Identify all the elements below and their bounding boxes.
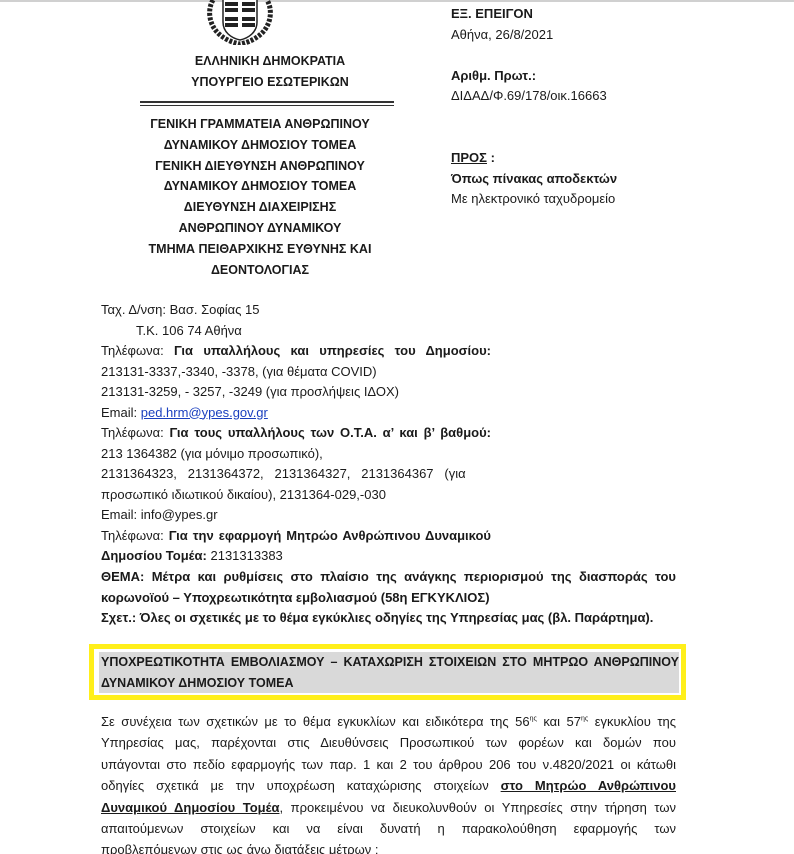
body-text: Σε συνέχεια των σχετικών με το θέμα εγκυ…: [101, 714, 530, 729]
phone-line: 213131-3259, - 3257, -3249 (για προσλήψε…: [101, 382, 491, 403]
section-heading-line: ΔΥΝΑΜΙΚΟΥ ΔΗΜΟΣΙΟΥ ΤΟΜΕΑ: [101, 673, 679, 694]
phones-label: Τηλέφωνα:: [101, 343, 174, 358]
phone-number: 2131313383: [207, 548, 283, 563]
department-line: ΔΙΕΥΘΥΝΣΗ ΔΙΑΧΕΙΡΙΣΗΣ: [120, 197, 400, 218]
body-line: υπάγονται στο πεδίο εφαρμογής των παρ. 1…: [101, 754, 676, 775]
body-line: προβλεπόμενων στις ως άνω διατάξεις μέτρ…: [101, 839, 676, 854]
recipients-block: ΠΡΟΣ : Όπως πίνακας αποδεκτών Με ηλεκτρο…: [451, 148, 617, 210]
ministry-name: ΥΠΟΥΡΓΕΙΟ ΕΣΩΤΕΡΙΚΩΝ: [140, 72, 400, 93]
issuer-header: ΕΛΛΗΝΙΚΗ ΔΗΜΟΚΡΑΤΙΑ ΥΠΟΥΡΓΕΙΟ ΕΣΩΤΕΡΙΚΩΝ: [140, 51, 400, 92]
body-text: και 57: [537, 714, 581, 729]
body-text: οδηγίες σχετικά με την υποχρέωση καταχώρ…: [101, 778, 501, 793]
subject-line: κορωνοϊού – Υποχρεωτικότητα εμβολιασμού …: [101, 588, 676, 609]
email-line: Email: info@ypes.gr: [101, 505, 491, 526]
department-line: ΓΕΝΙΚΗ ΔΙΕΥΘΥΝΣΗ ΑΝΘΡΩΠΙΝΟΥ: [120, 156, 400, 177]
body-line: Υπηρεσίας μας, παρέχονται στις Διευθύνσε…: [101, 732, 676, 753]
department-line: ΓΕΝΙΚΗ ΓΡΑΜΜΑΤΕΙΑ ΑΝΘΡΩΠΙΝΟΥ: [120, 114, 400, 135]
email-label: Email:: [101, 405, 141, 420]
phones-label: Τηλέφωνα:: [101, 425, 170, 440]
section-heading-line: ΥΠΟΧΡΕΩΤΙΚΟΤΗΤΑ ΕΜΒΟΛΙΑΣΜΟΥ – ΚΑΤΑΧΩΡΙΣΗ…: [101, 652, 679, 673]
address-line: Ταχ. Δ/νση: Βασ. Σοφίας 15: [101, 300, 491, 321]
republic-name: ΕΛΛΗΝΙΚΗ ΔΗΜΟΚΡΑΤΙΑ: [140, 51, 400, 72]
phones-group-title: Για τους υπαλλήλους των Ο.Τ.Α. α’ και β’…: [170, 425, 491, 440]
header-divider: [140, 101, 394, 106]
department-line: ΔΥΝΑΜΙΚΟΥ ΔΗΜΟΣΙΟΥ ΤΟΜΕΑ: [120, 135, 400, 156]
phones-group-title: Δημοσίου Τομέα:: [101, 548, 207, 563]
protocol-label: Αριθμ. Πρωτ.:: [451, 66, 607, 87]
phones-group-title: Για υπαλλήλους και υπηρεσίες του Δημοσίο…: [174, 343, 491, 358]
department-line: ΤΜΗΜΑ ΠΕΙΘΑΡΧΙΚΗΣ ΕΥΘΥΝΗΣ ΚΑΙ: [120, 239, 400, 260]
body-paragraph: Σε συνέχεια των σχετικών με το θέμα εγκυ…: [101, 711, 676, 854]
page-top-edge: [0, 0, 794, 2]
registry-emphasis: Δυναμικού Δημοσίου Τομέα: [101, 800, 280, 815]
phones-group-title: Για την εφαρμογή Μητρώο Ανθρώπινου Δυναμ…: [169, 528, 491, 543]
urgency-label: ΕΞ. ΕΠΕΙΓΟΝ: [451, 4, 607, 25]
recipients-list: Όπως πίνακας αποδεκτών: [451, 169, 617, 190]
delivery-method: Με ηλεκτρονικό ταχυδρομείο: [451, 189, 617, 210]
phone-line: 213131-3337,-3340, -3378, (για θέματα CO…: [101, 362, 491, 383]
subject-block: ΘΕΜΑ: Μέτρα και ρυθμίσεις στο πλαίσιο τη…: [101, 567, 676, 629]
section-heading-fill: ΥΠΟΧΡΕΩΤΙΚΟΤΗΤΑ ΕΜΒΟΛΙΑΣΜΟΥ – ΚΑΤΑΧΩΡΙΣΗ…: [99, 652, 679, 693]
department-line: ΔΕΟΝΤΟΛΟΓΙΑΣ: [120, 260, 400, 281]
coat-of-arms-icon: [205, 0, 275, 45]
phone-line: 2131364323, 2131364372, 2131364327, 2131…: [101, 464, 491, 485]
protocol-number: ΔΙΔΑΔ/Φ.69/178/οικ.16663: [451, 86, 607, 107]
phone-line: προσωπικό ιδιωτικού δικαίου), 2131364-02…: [101, 485, 491, 506]
document-meta: ΕΞ. ΕΠΕΙΓΟΝ Αθήνα, 26/8/2021 Αριθμ. Πρωτ…: [451, 4, 607, 107]
highlighted-section-heading: ΥΠΟΧΡΕΩΤΙΚΟΤΗΤΑ ΕΜΒΟΛΙΑΣΜΟΥ – ΚΑΤΑΧΩΡΙΣΗ…: [89, 644, 686, 700]
registry-emphasis: στο Μητρώο Ανθρώπινου: [501, 778, 676, 793]
body-line: απαιτούμενων στοιχείων και να είναι δυνα…: [101, 818, 676, 839]
body-text: εγκυκλίου της: [588, 714, 676, 729]
related-line: Σχετ.: Όλες οι σχετικές με το θέμα εγκύκ…: [101, 608, 676, 629]
ordinal-suffix: ης: [530, 716, 537, 723]
contact-block: Ταχ. Δ/νση: Βασ. Σοφίας 15 Τ.Κ. 106 74 Α…: [101, 300, 491, 567]
department-line: ΔΥΝΑΜΙΚΟΥ ΔΗΜΟΣΙΟΥ ΤΟΜΕΑ: [120, 176, 400, 197]
phone-line: 213 1364382 (για μόνιμο προσωπικό),: [101, 444, 491, 465]
place-date: Αθήνα, 26/8/2021: [451, 25, 607, 46]
to-colon: :: [487, 150, 495, 165]
postal-code-line: Τ.Κ. 106 74 Αθήνα: [101, 321, 491, 342]
email-link[interactable]: ped.hrm@ypes.gov.gr: [141, 405, 268, 420]
body-text: , προκειμένου να διευκολυνθούν οι Υπηρεσ…: [280, 800, 677, 815]
department-line: ΑΝΘΡΩΠΙΝΟΥ ΔΥΝΑΜΙΚΟΥ: [120, 218, 400, 239]
department-block: ΓΕΝΙΚΗ ΓΡΑΜΜΑΤΕΙΑ ΑΝΘΡΩΠΙΝΟΥ ΔΥΝΑΜΙΚΟΥ Δ…: [120, 114, 400, 280]
phones-label: Τηλέφωνα:: [101, 528, 169, 543]
to-label: ΠΡΟΣ: [451, 150, 487, 165]
subject-line: ΘΕΜΑ: Μέτρα και ρυθμίσεις στο πλαίσιο τη…: [101, 567, 676, 588]
